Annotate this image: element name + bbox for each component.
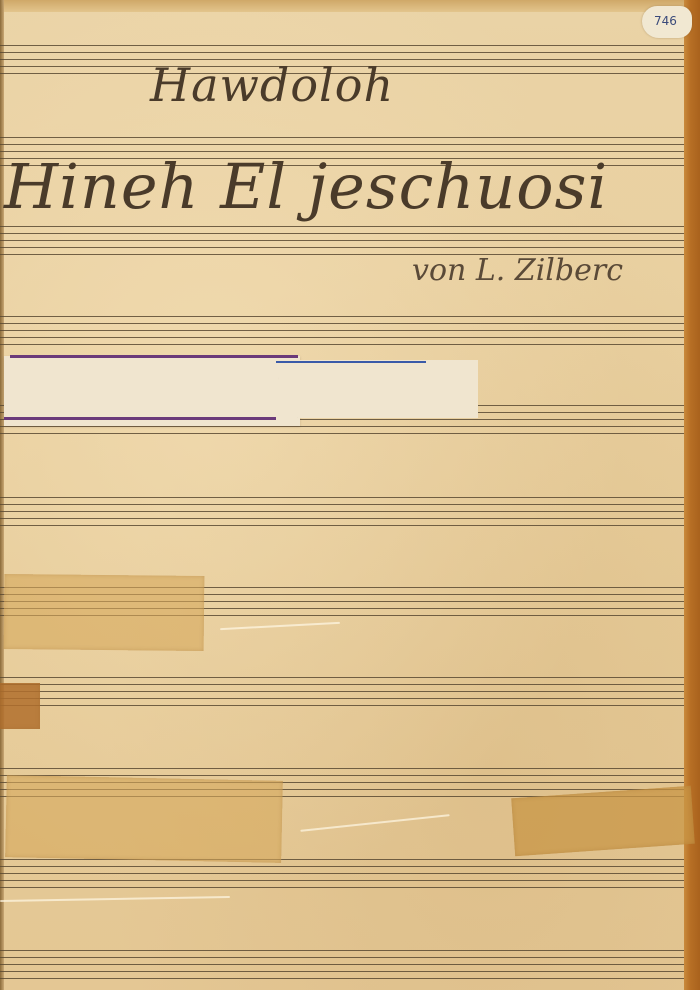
- staff-line: [0, 525, 684, 526]
- staff-line: [0, 52, 684, 53]
- staff-line: [0, 873, 684, 874]
- staff-line: [0, 950, 684, 951]
- staff-line: [0, 337, 684, 338]
- staff-line: [0, 497, 684, 498]
- music-staff: [0, 859, 684, 889]
- attribution-text: von L. Zilberc: [412, 253, 623, 288]
- purple-rule-bottom: [4, 417, 276, 420]
- staff-line: [0, 45, 684, 46]
- pasted-paper-strip-left: [4, 356, 300, 426]
- staff-line: [0, 698, 684, 699]
- torn-top-edge: [0, 0, 700, 12]
- music-staff: [0, 950, 684, 980]
- staff-line: [0, 964, 684, 965]
- paper-crease: [220, 622, 340, 630]
- staff-line: [0, 866, 684, 867]
- catalog-number: 746: [654, 14, 677, 28]
- staff-line: [0, 691, 684, 692]
- staff-line: [0, 775, 684, 776]
- staff-line: [0, 518, 684, 519]
- tape-piece: [4, 574, 205, 651]
- staff-line: [0, 247, 684, 248]
- tape-piece: [511, 786, 695, 856]
- pasted-paper-strip-right: [278, 360, 478, 418]
- staff-line: [0, 880, 684, 881]
- purple-rule-top: [10, 355, 298, 358]
- staff-line: [0, 226, 684, 227]
- staff-line: [0, 240, 684, 241]
- staff-line: [0, 344, 684, 345]
- staff-line: [0, 957, 684, 958]
- staff-line: [0, 705, 684, 706]
- title-text: Hineh El jeschuosi: [4, 150, 608, 223]
- paper-crease: [0, 896, 230, 902]
- paper-crease: [300, 814, 449, 832]
- staff-line: [0, 433, 684, 434]
- music-staff: [0, 226, 684, 256]
- staff-line: [0, 316, 684, 317]
- staff-line: [0, 511, 684, 512]
- staff-line: [0, 504, 684, 505]
- staff-line: [0, 144, 684, 145]
- music-staff: [0, 677, 684, 707]
- manuscript-page: 746 Hawdoloh Hineh El jeschuosi von L. Z…: [0, 0, 700, 990]
- staff-line: [0, 768, 684, 769]
- staff-line: [0, 684, 684, 685]
- music-staff: [0, 316, 684, 346]
- music-staff: [0, 497, 684, 527]
- blue-rule: [276, 361, 426, 363]
- staff-line: [0, 137, 684, 138]
- staff-line: [0, 978, 684, 979]
- staff-line: [0, 233, 684, 234]
- staff-line: [0, 323, 684, 324]
- staff-line: [0, 887, 684, 888]
- staff-line: [0, 971, 684, 972]
- staff-line: [0, 330, 684, 331]
- tape-piece: [5, 775, 283, 863]
- staff-line: [0, 426, 684, 427]
- tape-piece: [0, 683, 40, 729]
- staff-line: [0, 677, 684, 678]
- heading-text: Hawdoloh: [150, 58, 394, 112]
